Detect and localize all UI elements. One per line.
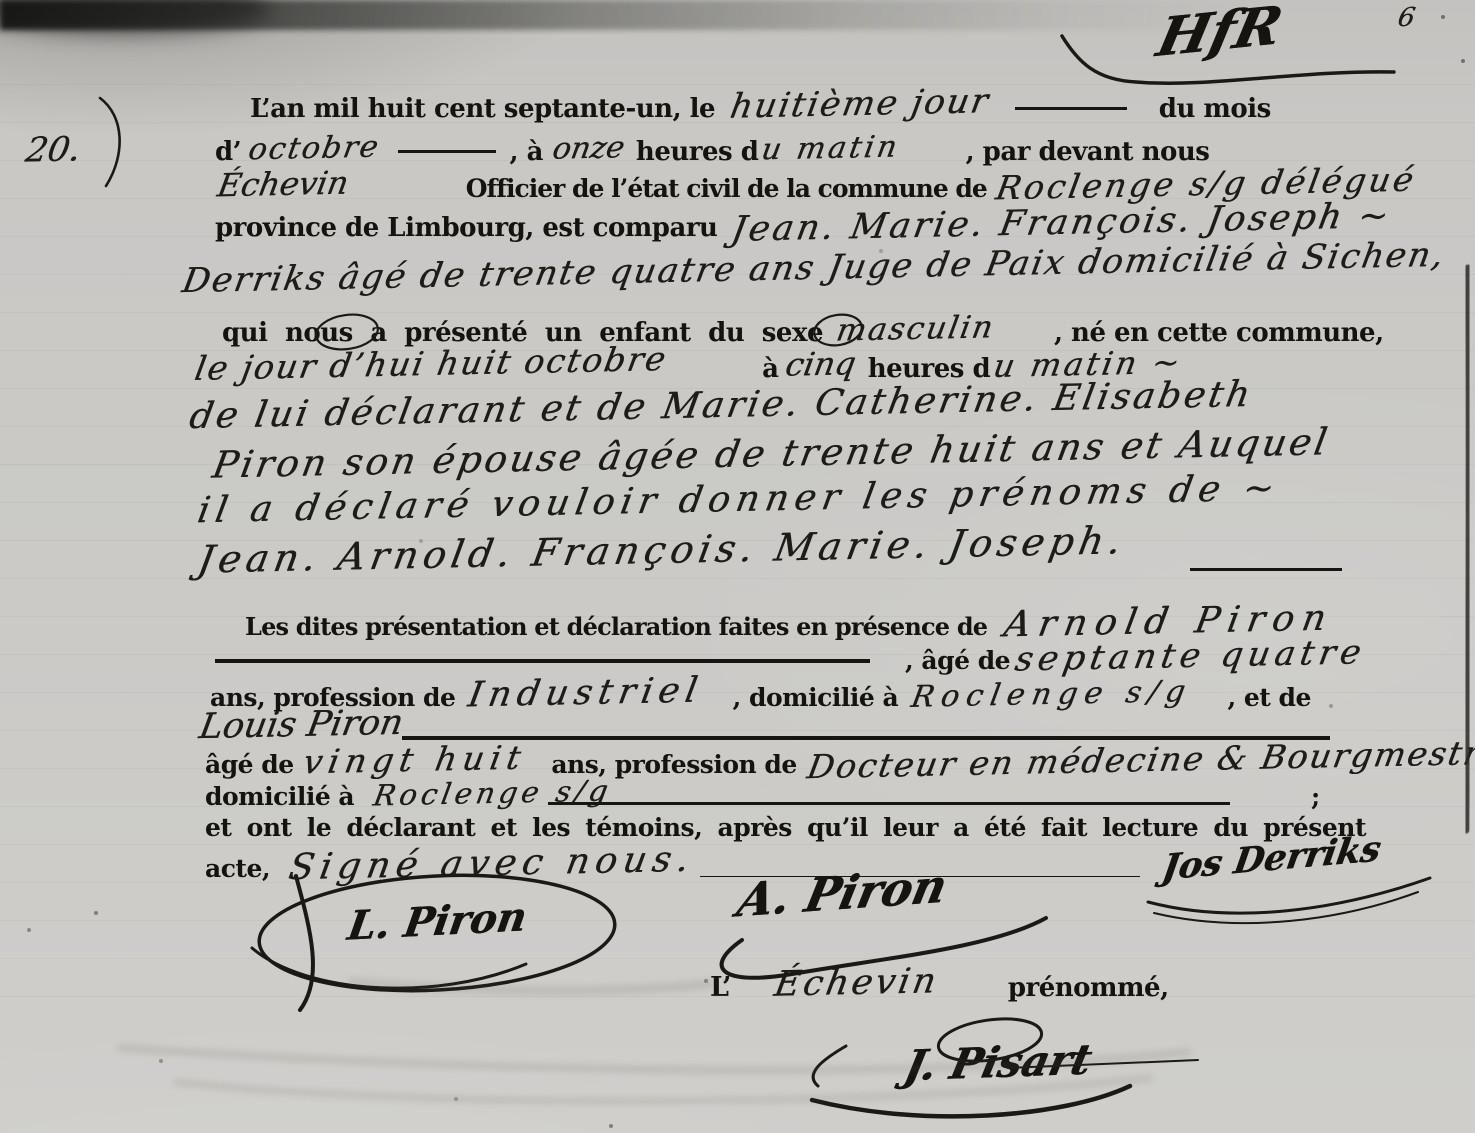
act-line-5: Derriks âgé de trente quatre ans Juge de… — [185, 252, 1442, 289]
hw-witness2-domicile: Roclenge s/g — [371, 776, 614, 813]
printed-age-de2: âgé de — [205, 750, 294, 779]
act-line-13: , âgé deseptante quatre — [905, 640, 1365, 677]
blank-fill-rule — [398, 150, 496, 153]
hw-matin: u matin — [759, 131, 902, 167]
printed-ne-commune: , né en cette commune, — [1054, 318, 1384, 348]
dash-after-names — [1190, 568, 1342, 571]
act-line-11: Jean. Arnold. François. Marie. Joseph. — [200, 532, 1124, 574]
scanned-birth-record-page: { "page": { "number": "6", "margin_entry… — [0, 0, 1475, 1133]
paper-speckles — [0, 0, 2, 2]
printed-et-de: , et de — [1227, 683, 1310, 712]
blank-rule-domicile — [548, 802, 1230, 805]
printed-a2: à — [762, 354, 778, 384]
act-line-2: d’octobre, àonzeheures du matin, par dev… — [215, 134, 1209, 167]
act-line-8: de lui déclarant et de Marie. Catherine.… — [192, 388, 1250, 428]
hw-witness2-age: vingt huit — [300, 740, 529, 781]
signature-l-piron-text: L. Piron — [345, 895, 530, 949]
hw-month: octobre — [246, 131, 383, 167]
act-line-10: il a déclaré vouloir donner les prénoms … — [200, 482, 1278, 522]
printed-province: province de Limbourg, est comparu — [215, 213, 717, 243]
hw-day: huitième jour — [727, 83, 992, 126]
printed-domicilie-a: , domicilié à — [733, 683, 899, 712]
hw-witness1-domicile: Roclenge s/g — [909, 675, 1195, 714]
printed-presence-de: Les dites présentation et déclaration fa… — [245, 612, 987, 641]
hw-birth-hour: cinq — [783, 346, 859, 383]
hw-signe-avec-nous: Signé avec nous. — [286, 840, 698, 888]
page-number-text: 6 — [1395, 4, 1417, 33]
printed-a: , à — [510, 137, 543, 167]
printed-du-mois: du mois — [1159, 94, 1271, 124]
act-line-19: acte,Signé avec nous. — [205, 846, 694, 886]
blank-fill-rule — [1015, 107, 1127, 110]
printed-l-apostrophe: L’ — [710, 972, 731, 1003]
act-line-17: domicilié àRoclenge s/g; — [205, 780, 1320, 812]
act-line-18: et ont le déclarant et les témoins, aprè… — [205, 814, 1366, 842]
signature-l-piron: L. Piron — [347, 895, 527, 948]
printed-officier: Officier de l’état civil de la commune d… — [466, 174, 987, 203]
registrar-paraph: HfR — [1160, 2, 1279, 61]
printed-devant-nous: , par devant nous — [966, 137, 1210, 167]
hw-sexe: masculin — [834, 310, 997, 347]
hw-echevin: Échevin — [215, 166, 351, 204]
act-line-6: qui nous a présenté un enfant du sexemas… — [222, 314, 1384, 348]
page-number: 6 — [1398, 6, 1415, 35]
act-line-16: âgé devingt huitans, profession deDocteu… — [205, 744, 1475, 780]
printed-semicolon: ; — [1311, 782, 1320, 811]
entry-number-text: 20. — [23, 131, 84, 170]
hw-birth-date: le jour d’hui huit octobre — [192, 341, 670, 387]
officer-signature-caption: L’Échevinprénommé, — [710, 966, 1169, 1005]
printed-acte: acte, — [205, 854, 270, 883]
printed-heures: heures d — [636, 137, 758, 167]
printed-prenomme: prénommé, — [1008, 973, 1169, 1003]
hw-witness1-profession: Industriel — [466, 672, 707, 715]
printed-year: L’an mil huit cent septante-un, le — [250, 94, 715, 124]
printed-age-de: , âgé de — [905, 646, 1010, 675]
printed-domicilie-a2: domicilié à — [205, 782, 354, 811]
signature-pisart: J. Pisart — [904, 1037, 1091, 1090]
paraph-text: HfR — [1152, 0, 1288, 67]
act-line-1: L’an mil huit cent septante-un, lehuitiè… — [250, 88, 1271, 125]
hw-hour: onze — [550, 131, 627, 165]
printed-d: d’ — [215, 137, 241, 167]
printed-lecture: et ont le déclarant et les témoins, aprè… — [205, 813, 1366, 842]
blank-rule-witness — [215, 659, 870, 663]
hw-echevin-caption: Échevin — [771, 962, 941, 1004]
margin-entry-number: 20. — [26, 134, 80, 171]
hw-witness1-age: septante quatre — [1012, 634, 1369, 679]
signature-pisart-text: J. Pisart — [900, 1037, 1096, 1090]
